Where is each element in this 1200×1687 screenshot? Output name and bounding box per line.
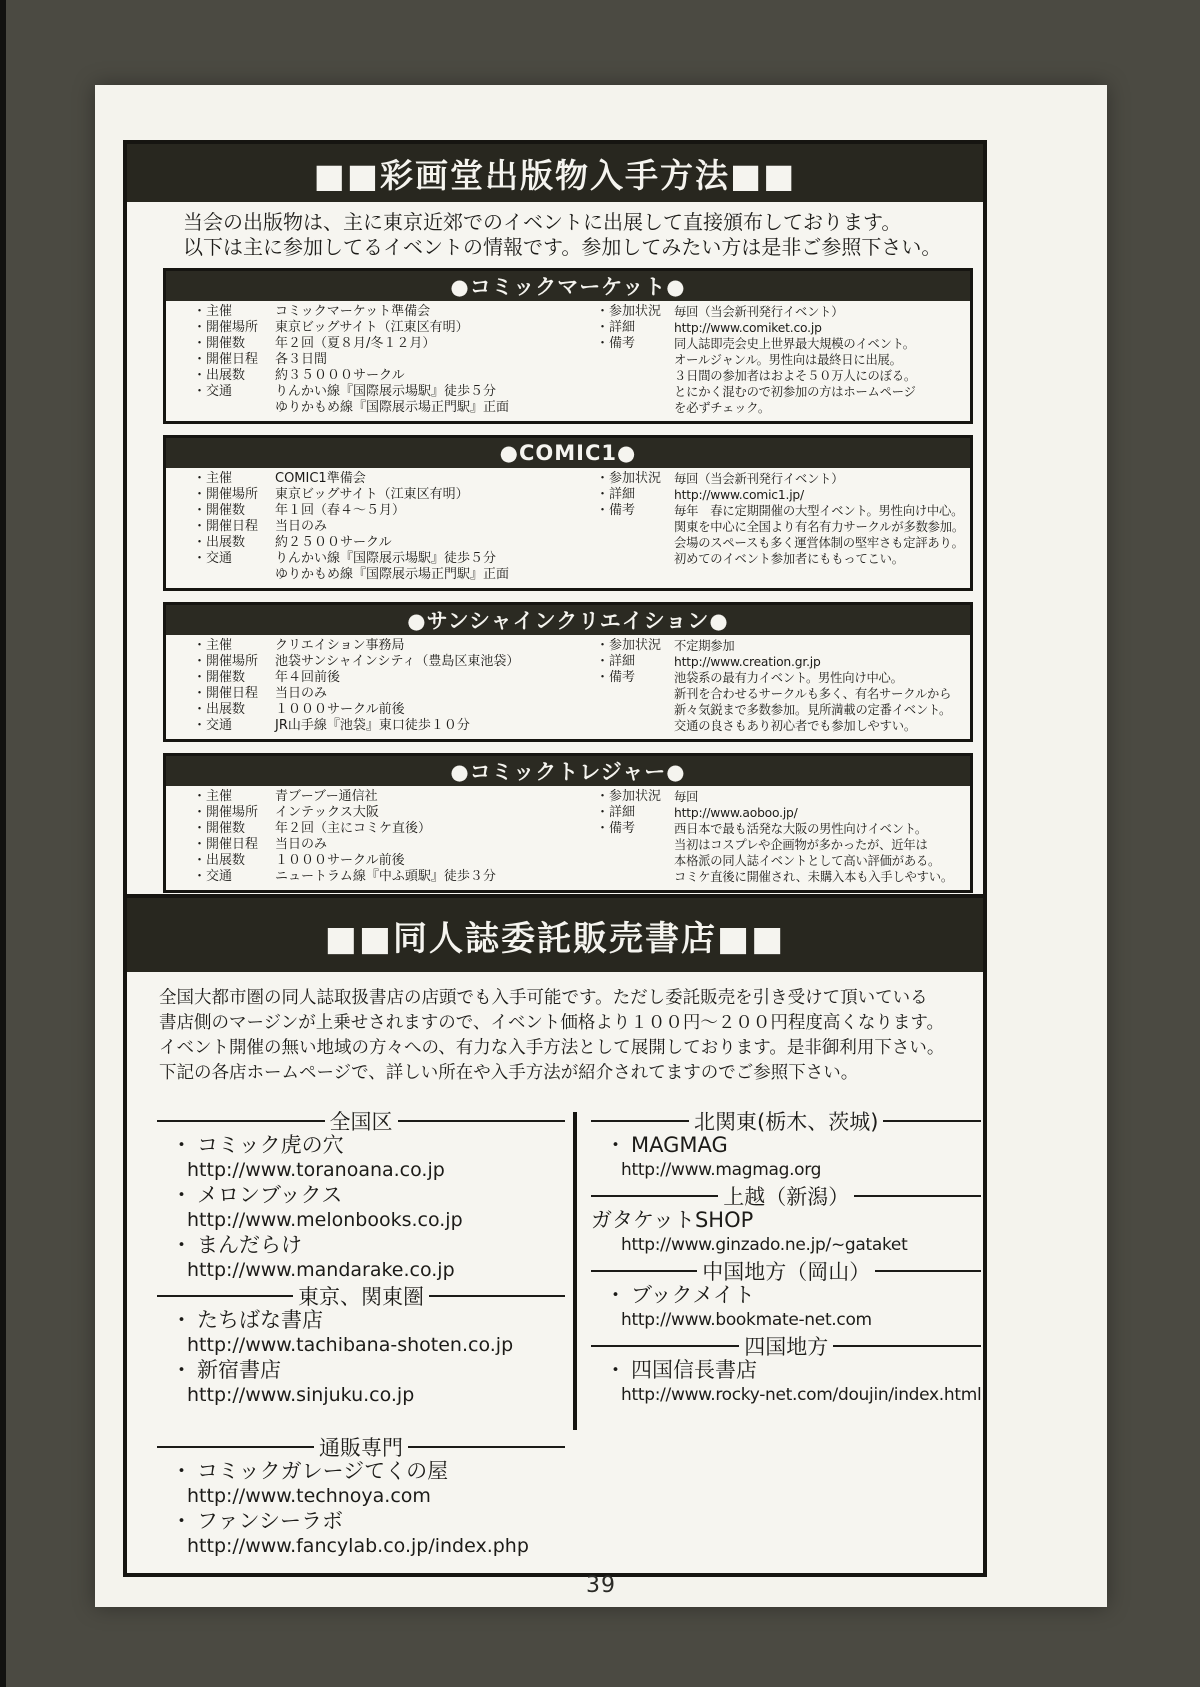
shop-name-text: まんだらけ xyxy=(197,1233,302,1257)
field-label: ・開催場所 xyxy=(193,805,275,821)
event-column-left: ・主催クリエイション事務局・開催場所池袋サンシャインシティ（豊島区東池袋）・開催… xyxy=(166,638,596,734)
event-box: ●サンシャインクリエイション●・主催クリエイション事務局・開催場所池袋サンシャイ… xyxy=(163,602,973,742)
field-row: ・詳細http://www.creation.gr.jp xyxy=(596,654,966,670)
field-label: ・備考 xyxy=(596,336,674,416)
field-label: ・開催数 xyxy=(193,670,275,686)
field-row: ・備考池袋系の最有力イベント。男性向け中心。 新刊を合わせるサークルも多く、有名… xyxy=(596,670,966,734)
field-value: 青ブーブー通信社 xyxy=(275,789,378,805)
field-label: ・開催日程 xyxy=(193,686,275,702)
shop-name: ・たちばな書店 xyxy=(157,1308,565,1333)
field-value: 東京ビッグサイト（江東区有明） xyxy=(275,487,469,503)
field-value: 毎回（当会新刊発行イベント） xyxy=(674,304,843,320)
shop-section-title: 北関東(栃木、茨城) xyxy=(694,1106,878,1136)
bullet-icon: ・ xyxy=(171,1183,192,1207)
field-row: ・主催クリエイション事務局 xyxy=(193,638,596,654)
rule-line xyxy=(854,1195,981,1197)
shop-url: http://www.mandarake.co.jp xyxy=(157,1258,565,1283)
shop-section-header: 東京、関東圏 xyxy=(157,1283,565,1308)
field-row: ・開催数年４回前後 xyxy=(193,670,596,686)
shop-name-text: 新宿書店 xyxy=(197,1358,281,1382)
field-label: ・交通 xyxy=(193,384,275,416)
shop-item: ・まんだらけhttp://www.mandarake.co.jp xyxy=(157,1233,565,1283)
event-list: ●コミックマーケット●・主催コミックマーケット準備会・開催場所東京ビッグサイト（… xyxy=(127,268,983,893)
shop-name-text: ブックメイト xyxy=(631,1283,755,1307)
shop-item: ・コミックガレージてくの屋http://www.technoya.com xyxy=(157,1459,565,1509)
events-intro-text: 当会の出版物は、主に東京近郊でのイベントに出展して直接頒布しております。 以下は… xyxy=(127,202,983,268)
field-value: コミックマーケット準備会 xyxy=(275,304,430,320)
field-label: ・参加状況 xyxy=(596,304,674,320)
shop-url: http://www.melonbooks.co.jp xyxy=(157,1208,565,1233)
event-column-left: ・主催COMIC1準備会・開催場所東京ビッグサイト（江東区有明）・開催数年１回（… xyxy=(166,471,596,583)
field-value: JR山手線『池袋』東口徒歩１０分 xyxy=(275,718,470,734)
field-value: 当日のみ xyxy=(275,519,327,535)
field-value: 約３５０００サークル xyxy=(275,368,405,384)
field-row: ・備考西日本で最も活発な大阪の男性向けイベント。 当初はコスプレや企画物が多かっ… xyxy=(596,821,966,885)
field-row: ・交通JR山手線『池袋』東口徒歩１０分 xyxy=(193,718,596,734)
field-value: 不定期参加 xyxy=(674,638,735,654)
shop-section-header: 全国区 xyxy=(157,1108,565,1133)
field-value: 毎回 xyxy=(674,789,698,805)
event-columns: ・主催コミックマーケット準備会・開催場所東京ビッグサイト（江東区有明）・開催数年… xyxy=(166,301,970,421)
field-row: ・備考同人誌即売会史上世界最大規模のイベント。 オールジャンル。男性向は最終日に… xyxy=(596,336,966,416)
field-label: ・交通 xyxy=(193,869,275,885)
field-value: 年２回（夏８月/冬１２月） xyxy=(275,336,435,352)
shop-name: ・四国信長書店 xyxy=(591,1358,981,1383)
shop-name: ・MAGMAG xyxy=(591,1133,981,1158)
field-row: ・開催場所インテックス大阪 xyxy=(193,805,596,821)
field-value: 年１回（春４～５月） xyxy=(275,503,405,519)
event-column-right: ・参加状況毎回・詳細http://www.aoboo.jp/・備考西日本で最も活… xyxy=(596,789,966,885)
field-row: ・開催数年２回（主にコミケ直後） xyxy=(193,821,596,837)
event-title: ●サンシャインクリエイション● xyxy=(166,605,970,635)
field-value: 池袋系の最有力イベント。男性向け中心。 新刊を合わせるサークルも多く、有名サーク… xyxy=(674,670,951,734)
field-label: ・交通 xyxy=(193,551,275,583)
field-row: ・参加状況毎回（当会新刊発行イベント） xyxy=(596,304,966,320)
event-columns: ・主催COMIC1準備会・開催場所東京ビッグサイト（江東区有明）・開催数年１回（… xyxy=(166,468,970,588)
shop-name: ・ブックメイト xyxy=(591,1283,981,1308)
field-row: ・開催場所池袋サンシャインシティ（豊島区東池袋） xyxy=(193,654,596,670)
event-box: ●コミックマーケット●・主催コミックマーケット準備会・開催場所東京ビッグサイト（… xyxy=(163,268,973,424)
field-label: ・詳細 xyxy=(596,487,674,503)
field-label: ・開催数 xyxy=(193,821,275,837)
shop-name-text: コミック虎の穴 xyxy=(197,1133,344,1157)
field-row: ・主催青ブーブー通信社 xyxy=(193,789,596,805)
bullet-icon: ・ xyxy=(171,1459,192,1483)
field-label: ・出展数 xyxy=(193,535,275,551)
bullet-icon: ・ xyxy=(171,1233,192,1257)
field-row: ・参加状況不定期参加 xyxy=(596,638,966,654)
event-box: ●COMIC1●・主催COMIC1準備会・開催場所東京ビッグサイト（江東区有明）… xyxy=(163,435,973,591)
field-value: 約２５００サークル xyxy=(275,535,392,551)
rule-line xyxy=(591,1120,689,1122)
event-title: ●コミックトレジャー● xyxy=(166,756,970,786)
shop-section-header: 北関東(栃木、茨城) xyxy=(591,1108,981,1133)
field-value: COMIC1準備会 xyxy=(275,471,366,487)
shop-section-header: 四国地方 xyxy=(591,1333,981,1358)
field-value: りんかい線『国際展示場駅』徒歩５分 ゆりかもめ線『国際展示場正門駅』正面 xyxy=(275,551,509,583)
field-row: ・交通りんかい線『国際展示場駅』徒歩５分 ゆりかもめ線『国際展示場正門駅』正面 xyxy=(193,384,596,416)
field-label: ・主催 xyxy=(193,471,275,487)
events-info-box: ■■彩画堂出版物入手方法■■ 当会の出版物は、主に東京近郊でのイベントに出展して… xyxy=(123,140,987,914)
rule-line xyxy=(429,1295,565,1297)
shop-url: http://www.technoya.com xyxy=(157,1484,565,1509)
field-label: ・参加状況 xyxy=(596,471,674,487)
shop-section-header: 通販専門 xyxy=(157,1434,565,1459)
shop-name-text: ガタケットSHOP xyxy=(591,1208,753,1232)
field-row: ・詳細http://www.aoboo.jp/ xyxy=(596,805,966,821)
field-value: 年２回（主にコミケ直後） xyxy=(275,821,431,837)
field-label: ・開催数 xyxy=(193,336,275,352)
rule-line xyxy=(591,1195,718,1197)
rule-line xyxy=(833,1345,981,1347)
field-row: ・開催場所東京ビッグサイト（江東区有明） xyxy=(193,487,596,503)
shop-name-text: たちばな書店 xyxy=(197,1308,323,1332)
field-label: ・参加状況 xyxy=(596,638,674,654)
rule-line xyxy=(157,1446,314,1448)
field-label: ・開催場所 xyxy=(193,320,275,336)
field-row: ・開催日程各３日間 xyxy=(193,352,596,368)
field-label: ・開催日程 xyxy=(193,837,275,853)
field-value: 毎回（当会新刊発行イベント） xyxy=(674,471,843,487)
shop-url: http://www.sinjuku.co.jp xyxy=(157,1383,565,1408)
rule-line xyxy=(157,1120,325,1122)
event-box: ●コミックトレジャー●・主催青ブーブー通信社・開催場所インテックス大阪・開催数年… xyxy=(163,753,973,893)
shop-column-right: 北関東(栃木、茨城)・MAGMAGhttp://www.magmag.org上越… xyxy=(577,1108,981,1559)
shop-item: ・MAGMAGhttp://www.magmag.org xyxy=(591,1133,981,1183)
shop-name-text: 四国信長書店 xyxy=(631,1358,757,1382)
field-label: ・開催数 xyxy=(193,503,275,519)
rule-line xyxy=(408,1446,565,1448)
field-row: ・開催日程当日のみ xyxy=(193,686,596,702)
field-value: http://www.creation.gr.jp xyxy=(674,654,821,670)
field-label: ・出展数 xyxy=(193,853,275,869)
event-column-right: ・参加状況毎回（当会新刊発行イベント）・詳細http://www.comic1.… xyxy=(596,471,966,583)
shop-url: http://www.ginzado.ne.jp/~gataket xyxy=(591,1233,981,1258)
shop-url: http://www.bookmate-net.com xyxy=(591,1308,981,1333)
field-value: http://www.aoboo.jp/ xyxy=(674,805,798,821)
shop-section-title: 全国区 xyxy=(330,1106,393,1136)
shop-name: ・メロンブックス xyxy=(157,1183,565,1208)
event-column-right: ・参加状況不定期参加・詳細http://www.creation.gr.jp・備… xyxy=(596,638,966,734)
field-value: 毎年 春に定期開催の大型イベント。男性向け中心。 関東を中心に全国より有名有力サ… xyxy=(674,503,964,567)
shop-item: ・ブックメイトhttp://www.bookmate-net.com xyxy=(591,1283,981,1333)
field-value: 当日のみ xyxy=(275,837,327,853)
shop-url: http://www.toranoana.co.jp xyxy=(157,1158,565,1183)
shop-url: http://www.magmag.org xyxy=(591,1158,981,1183)
field-row: ・備考毎年 春に定期開催の大型イベント。男性向け中心。 関東を中心に全国より有名… xyxy=(596,503,966,567)
shop-item: ガタケットSHOPhttp://www.ginzado.ne.jp/~gatak… xyxy=(591,1208,981,1258)
shop-name: ・新宿書店 xyxy=(157,1358,565,1383)
rule-line xyxy=(591,1345,739,1347)
bullet-icon: ・ xyxy=(605,1283,626,1307)
field-label: ・交通 xyxy=(193,718,275,734)
rule-line xyxy=(883,1120,981,1122)
shop-item: ・四国信長書店http://www.rocky-net.com/doujin/i… xyxy=(591,1358,981,1408)
field-label: ・備考 xyxy=(596,503,674,567)
field-value: 池袋サンシャインシティ（豊島区東池袋） xyxy=(275,654,519,670)
field-value: http://www.comic1.jp/ xyxy=(674,487,804,503)
field-label: ・主催 xyxy=(193,789,275,805)
field-value: りんかい線『国際展示場駅』徒歩５分 ゆりかもめ線『国際展示場正門駅』正面 xyxy=(275,384,509,416)
shop-column-left: 全国区・コミック虎の穴http://www.toranoana.co.jp・メロ… xyxy=(157,1108,565,1559)
shop-item: ・メロンブックスhttp://www.melonbooks.co.jp xyxy=(157,1183,565,1233)
field-label: ・開催場所 xyxy=(193,654,275,670)
shop-name: ・ファンシーラボ xyxy=(157,1509,565,1534)
field-row: ・出展数１０００サークル前後 xyxy=(193,702,596,718)
bullet-icon: ・ xyxy=(171,1509,192,1533)
field-value: 同人誌即売会史上世界最大規模のイベント。 オールジャンル。男性向は最終日に出展。… xyxy=(674,336,916,416)
event-title: ●COMIC1● xyxy=(166,438,970,468)
field-label: ・備考 xyxy=(596,821,674,885)
field-value: ニュートラム線『中ふ頭駅』徒歩３分 xyxy=(275,869,496,885)
field-label: ・主催 xyxy=(193,638,275,654)
field-value: 年４回前後 xyxy=(275,670,340,686)
shop-name-text: メロンブックス xyxy=(197,1183,342,1207)
shop-section-header: 上越（新潟） xyxy=(591,1183,981,1208)
field-value: 当日のみ xyxy=(275,686,327,702)
field-row: ・出展数約３５０００サークル xyxy=(193,368,596,384)
field-value: １０００サークル前後 xyxy=(275,853,405,869)
field-row: ・交通りんかい線『国際展示場駅』徒歩５分 ゆりかもめ線『国際展示場正門駅』正面 xyxy=(193,551,596,583)
field-label: ・出展数 xyxy=(193,368,275,384)
field-row: ・交通ニュートラム線『中ふ頭駅』徒歩３分 xyxy=(193,869,596,885)
field-row: ・出展数１０００サークル前後 xyxy=(193,853,596,869)
field-label: ・参加状況 xyxy=(596,789,674,805)
field-value: http://www.comiket.co.jp xyxy=(674,320,822,336)
event-column-right: ・参加状況毎回（当会新刊発行イベント）・詳細http://www.comiket… xyxy=(596,304,966,416)
field-row: ・詳細http://www.comiket.co.jp xyxy=(596,320,966,336)
field-row: ・開催数年２回（夏８月/冬１２月） xyxy=(193,336,596,352)
bullet-icon: ・ xyxy=(605,1358,626,1382)
shop-item: ・たちばな書店http://www.tachibana-shoten.co.jp xyxy=(157,1308,565,1358)
rule-line xyxy=(875,1270,981,1272)
shop-url: http://www.rocky-net.com/doujin/index.ht… xyxy=(591,1383,981,1408)
shop-name: ・コミックガレージてくの屋 xyxy=(157,1459,565,1484)
scanned-page: ■■彩画堂出版物入手方法■■ 当会の出版物は、主に東京近郊でのイベントに出展して… xyxy=(95,85,1107,1607)
shop-section-title: 四国地方 xyxy=(744,1331,828,1361)
field-value: クリエイション事務局 xyxy=(275,638,404,654)
event-title: ●コミックマーケット● xyxy=(166,271,970,301)
field-value: 西日本で最も活発な大阪の男性向けイベント。 当初はコスプレや企画物が多かったが、… xyxy=(674,821,953,885)
field-value: インテックス大阪 xyxy=(275,805,379,821)
field-label: ・詳細 xyxy=(596,805,674,821)
event-columns: ・主催青ブーブー通信社・開催場所インテックス大阪・開催数年２回（主にコミケ直後）… xyxy=(166,786,970,890)
bullet-icon: ・ xyxy=(171,1358,192,1382)
bullet-icon: ・ xyxy=(171,1133,192,1157)
field-row: ・主催COMIC1準備会 xyxy=(193,471,596,487)
page-number: 39 xyxy=(95,1573,1107,1598)
field-label: ・主催 xyxy=(193,304,275,320)
events-box-title: ■■彩画堂出版物入手方法■■ xyxy=(127,144,983,202)
shop-section-title: 東京、関東圏 xyxy=(298,1281,424,1311)
shop-url: http://www.tachibana-shoten.co.jp xyxy=(157,1333,565,1358)
shop-section-header: 中国地方（岡山） xyxy=(591,1258,981,1283)
field-label: ・詳細 xyxy=(596,654,674,670)
field-row: ・参加状況毎回（当会新刊発行イベント） xyxy=(596,471,966,487)
rule-line xyxy=(157,1295,293,1297)
shop-columns: 全国区・コミック虎の穴http://www.toranoana.co.jp・メロ… xyxy=(127,1098,983,1559)
field-label: ・開催場所 xyxy=(193,487,275,503)
shop-section-title: 上越（新潟） xyxy=(723,1181,849,1211)
bullet-icon: ・ xyxy=(171,1308,192,1332)
shop-name: ・まんだらけ xyxy=(157,1233,565,1258)
field-row: ・詳細http://www.comic1.jp/ xyxy=(596,487,966,503)
shop-item: ・ファンシーラボhttp://www.fancylab.co.jp/index.… xyxy=(157,1509,565,1559)
field-label: ・備考 xyxy=(596,670,674,734)
field-row: ・開催日程当日のみ xyxy=(193,519,596,535)
field-value: 東京ビッグサイト（江東区有明） xyxy=(275,320,469,336)
shop-item: ・コミック虎の穴http://www.toranoana.co.jp xyxy=(157,1133,565,1183)
shop-name-text: MAGMAG xyxy=(631,1133,728,1157)
shop-name-text: コミックガレージてくの屋 xyxy=(197,1459,448,1483)
field-row: ・開催数年１回（春４～５月） xyxy=(193,503,596,519)
event-column-left: ・主催コミックマーケット準備会・開催場所東京ビッグサイト（江東区有明）・開催数年… xyxy=(166,304,596,416)
field-row: ・開催場所東京ビッグサイト（江東区有明） xyxy=(193,320,596,336)
field-label: ・開催日程 xyxy=(193,519,275,535)
shop-url: http://www.fancylab.co.jp/index.php xyxy=(157,1534,565,1559)
event-columns: ・主催クリエイション事務局・開催場所池袋サンシャインシティ（豊島区東池袋）・開催… xyxy=(166,635,970,739)
field-value: 各３日間 xyxy=(275,352,327,368)
rule-line xyxy=(591,1270,697,1272)
shop-name: ・コミック虎の穴 xyxy=(157,1133,565,1158)
field-label: ・出展数 xyxy=(193,702,275,718)
shop-section-title: 通販専門 xyxy=(319,1432,403,1462)
rule-line xyxy=(398,1120,566,1122)
field-row: ・主催コミックマーケット準備会 xyxy=(193,304,596,320)
shop-section-title: 中国地方（岡山） xyxy=(702,1256,870,1286)
field-row: ・開催日程当日のみ xyxy=(193,837,596,853)
bullet-icon: ・ xyxy=(605,1133,626,1157)
shop-name: ガタケットSHOP xyxy=(591,1208,981,1233)
field-value: １０００サークル前後 xyxy=(275,702,405,718)
shops-info-box: ■■同人誌委託販売書店■■ 全国大都市圏の同人誌取扱書店の店頭でも入手可能です。… xyxy=(123,894,987,1577)
field-label: ・開催日程 xyxy=(193,352,275,368)
field-row: ・参加状況毎回 xyxy=(596,789,966,805)
field-label: ・詳細 xyxy=(596,320,674,336)
event-column-left: ・主催青ブーブー通信社・開催場所インテックス大阪・開催数年２回（主にコミケ直後）… xyxy=(166,789,596,885)
scan-edge xyxy=(0,0,6,1687)
shop-name-text: ファンシーラボ xyxy=(197,1509,343,1533)
shops-intro-text: 全国大都市圏の同人誌取扱書店の店頭でも入手可能です。ただし委託販売を引き受けて頂… xyxy=(127,972,983,1098)
shops-box-title: ■■同人誌委託販売書店■■ xyxy=(127,898,983,972)
field-row: ・出展数約２５００サークル xyxy=(193,535,596,551)
shop-item: ・新宿書店http://www.sinjuku.co.jp xyxy=(157,1358,565,1408)
